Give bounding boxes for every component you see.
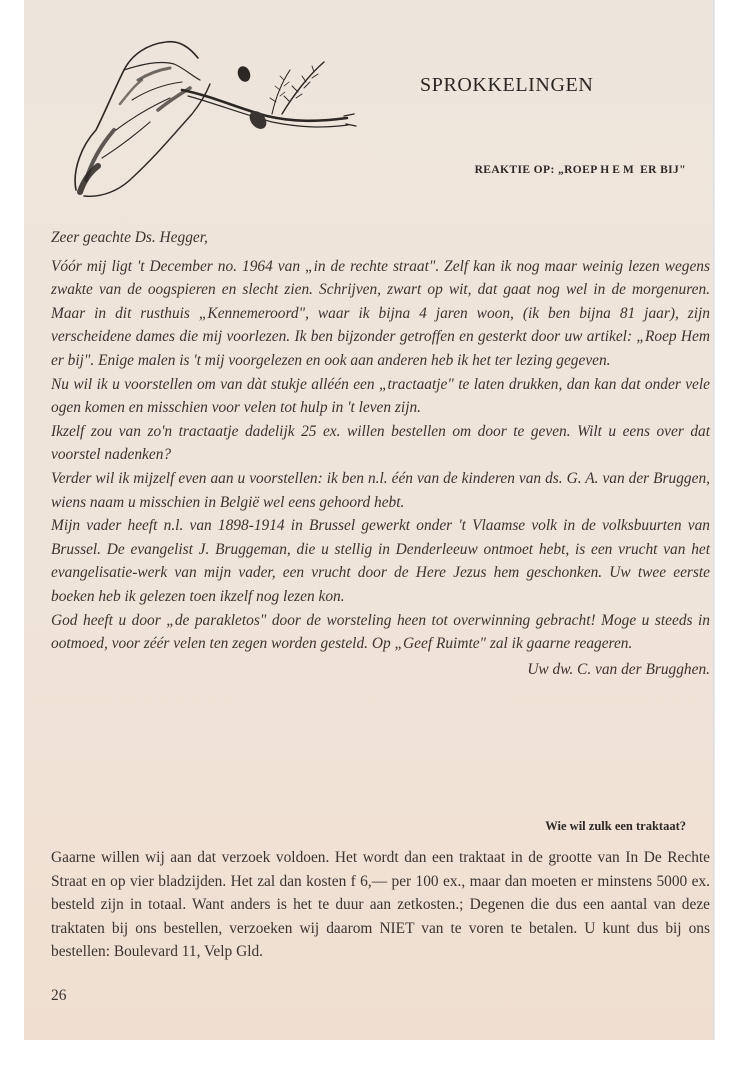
article-subtitle: REAKTIE OP: „ROEP HEM ER BIJ": [475, 164, 686, 176]
subtitle-suffix: ER BIJ": [640, 164, 686, 176]
reply-heading: Wie wil zulk een traktaat?: [545, 819, 686, 834]
magazine-page: SPROKKELINGEN REAKTIE OP: „ROEP HEM ER B…: [24, 0, 713, 1040]
letter-paragraph: Nu wil ik u voorstellen om van dàt stukj…: [51, 373, 710, 420]
subtitle-spaced-word: HEM: [600, 164, 636, 176]
reply-paragraph: Gaarne willen wij aan dat verzoek voldoe…: [51, 846, 710, 964]
letter-body: Zeer geachte Ds. Hegger, Vóór mij ligt '…: [51, 226, 710, 681]
letter-signature: Uw dw. C. van der Brugghen.: [51, 658, 710, 682]
letter-paragraph: Ikzelf zou van zo'n tractaatje dadelijk …: [51, 420, 710, 467]
letter-paragraph: Verder wil ik mijzelf even aan u voorste…: [51, 467, 710, 514]
section-title: SPROKKELINGEN: [420, 74, 593, 97]
reply-body: Gaarne willen wij aan dat verzoek voldoe…: [51, 846, 710, 964]
letter-paragraph: Mijn vader heeft n.l. van 1898-1914 in B…: [51, 514, 710, 608]
page-number: 26: [51, 987, 66, 1005]
hand-holding-twig-illustration: [62, 30, 372, 205]
letter-paragraph: God heeft u door „de parakletos" door de…: [51, 609, 710, 656]
subtitle-prefix: REAKTIE OP: „ROEP: [475, 164, 597, 176]
letter-salutation: Zeer geachte Ds. Hegger,: [51, 226, 710, 250]
letter-paragraph: Vóór mij ligt 't December no. 1964 van „…: [51, 255, 710, 373]
